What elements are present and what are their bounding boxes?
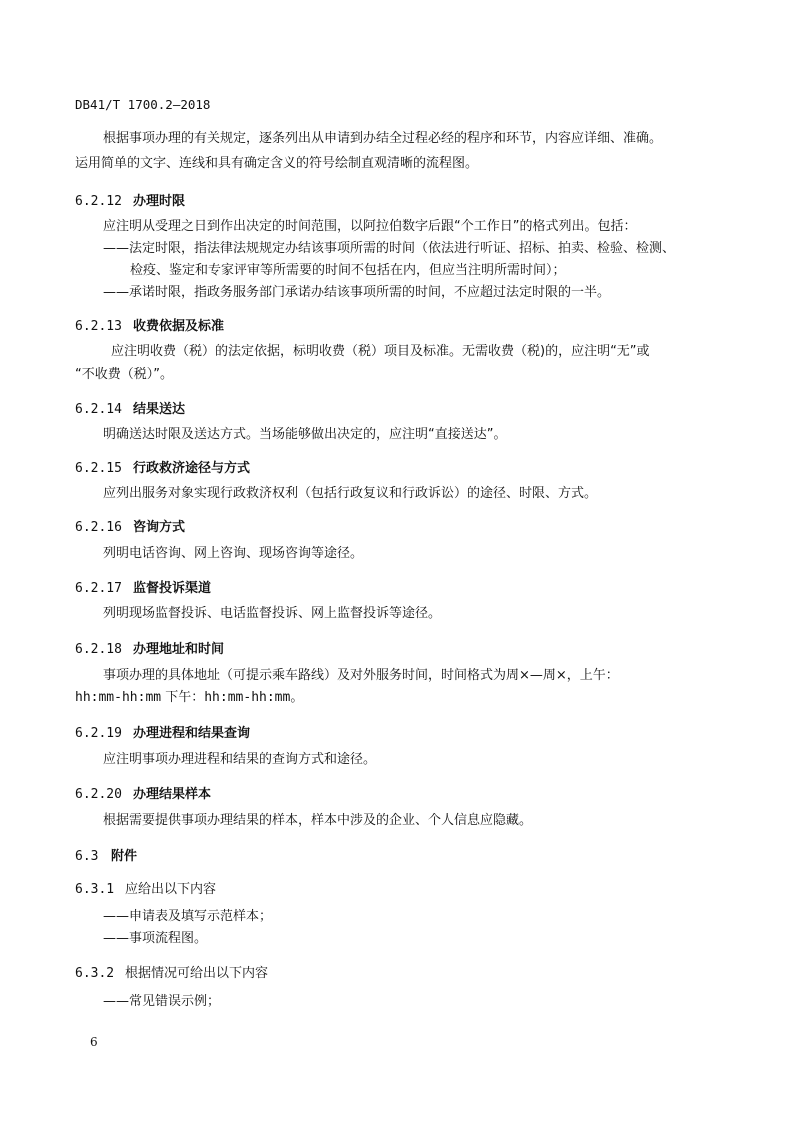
time-format-morning: hh:mm-hh:mm xyxy=(75,690,161,705)
section-heading-6-2-12: 6.2.12办理时限 xyxy=(75,190,185,209)
section-heading-6-2-19: 6.2.19办理进程和结果查询 xyxy=(75,722,250,741)
section-6-2-13-line-2: “不收费（税）”。 xyxy=(75,366,173,383)
section-6-2-13-line-1: 应注明收费（税）的法定依据，标明收费（税）项目及标准。无需收费（税)的，应注明“… xyxy=(111,343,650,360)
section-number: 6.2.17 xyxy=(75,581,133,596)
section-heading-6-3-1: 6.3.1应给出以下内容 xyxy=(75,878,216,897)
section-6-3-2-item-1: ——常见错误示例； xyxy=(103,993,220,1010)
section-title: 结果送达 xyxy=(133,402,185,417)
section-number: 6.2.15 xyxy=(75,461,133,476)
section-title: 监督投诉渠道 xyxy=(133,581,211,596)
section-title: 办理进程和结果查询 xyxy=(133,726,250,741)
section-title: 行政救济途径与方式 xyxy=(133,461,250,476)
section-6-2-12-line-1: 应注明从受理之日到作出决定的时间范围，以阿拉伯数字后跟“个工作日”的格式列出。包… xyxy=(103,218,636,235)
section-6-2-20-body: 根据需要提供事项办理结果的样本，样本中涉及的企业、个人信息应隐藏。 xyxy=(103,812,532,829)
section-number: 6.2.14 xyxy=(75,402,133,417)
section-6-2-14-body: 明确送达时限及送达方式。当场能够做出决定的，应注明“直接送达”。 xyxy=(103,426,506,443)
document-id-header: DB41/T 1700.2—2018 xyxy=(75,97,210,112)
afternoon-label: 下午： xyxy=(161,690,204,705)
section-number: 6.2.20 xyxy=(75,787,133,802)
section-6-2-19-body: 应注明事项办理进程和结果的查询方式和途径。 xyxy=(103,751,376,768)
section-heading-6-3: 6.3附件 xyxy=(75,845,137,864)
intro-paragraph-line-2: 运用简单的文字、连线和具有确定含义的符号绘制直观清晰的流程图。 xyxy=(75,155,478,172)
section-number: 6.3 xyxy=(75,849,111,864)
section-title: 办理时限 xyxy=(133,194,185,209)
section-6-3-1-item-2: ——事项流程图。 xyxy=(103,930,207,947)
section-heading-6-2-15: 6.2.15行政救济途径与方式 xyxy=(75,457,250,476)
section-number: 6.3.2 xyxy=(75,966,125,981)
section-6-2-17-body: 列明现场监督投诉、电话监督投诉、网上监督投诉等途径。 xyxy=(103,605,441,622)
page-number: 6 xyxy=(90,1035,98,1049)
section-title: 办理结果样本 xyxy=(133,787,211,802)
section-number: 6.2.19 xyxy=(75,726,133,741)
section-number: 6.2.16 xyxy=(75,520,133,535)
section-heading-6-2-17: 6.2.17监督投诉渠道 xyxy=(75,577,211,596)
section-heading-6-2-14: 6.2.14结果送达 xyxy=(75,398,185,417)
section-6-2-18-line-1: 事项办理的具体地址（可提示乘车路线）及对外服务时间，时间格式为周×—周×，上午： xyxy=(103,667,619,684)
section-6-2-12-item-1-line-2: 检疫、鉴定和专家评审等所需要的时间不包括在内，但应当注明所需时间）； xyxy=(130,262,566,279)
section-heading-6-2-13: 6.2.13收费依据及标准 xyxy=(75,315,224,334)
section-title: 附件 xyxy=(111,849,137,864)
section-heading-6-2-20: 6.2.20办理结果样本 xyxy=(75,783,211,802)
section-title: 应给出以下内容 xyxy=(125,882,216,897)
section-6-2-12-item-2: ——承诺时限，指政务服务部门承诺办结该事项所需的时间，不应超过法定时限的一半。 xyxy=(103,284,610,301)
section-number: 6.2.18 xyxy=(75,642,133,657)
section-6-2-12-item-1-line-1: ——法定时限，指法律法规规定办结该事项所需的时间（依法进行听证、招标、拍卖、检验… xyxy=(103,240,675,257)
section-6-2-15-body: 应列出服务对象实现行政救济权利（包括行政复议和行政诉讼）的途径、时限、方式。 xyxy=(103,485,597,502)
section-number: 6.2.13 xyxy=(75,319,133,334)
section-number: 6.2.12 xyxy=(75,194,133,209)
section-title: 咨询方式 xyxy=(133,520,185,535)
time-format-afternoon: hh:mm-hh:mm。 xyxy=(204,690,303,705)
section-title: 办理地址和时间 xyxy=(133,642,224,657)
section-title: 收费依据及标准 xyxy=(133,319,224,334)
intro-paragraph-line-1: 根据事项办理的有关规定，逐条列出从申请到办结全过程必经的程序和环节，内容应详细、… xyxy=(103,130,662,147)
section-6-2-16-body: 列明电话咨询、网上咨询、现场咨询等途径。 xyxy=(103,545,363,562)
section-heading-6-3-2: 6.3.2根据情况可给出以下内容 xyxy=(75,962,268,981)
section-heading-6-2-16: 6.2.16咨询方式 xyxy=(75,516,185,535)
section-heading-6-2-18: 6.2.18办理地址和时间 xyxy=(75,638,224,657)
section-6-3-1-item-1: ——申请表及填写示范样本； xyxy=(103,908,272,925)
section-title: 根据情况可给出以下内容 xyxy=(125,966,268,981)
section-6-2-18-line-2: hh:mm-hh:mm 下午：hh:mm-hh:mm。 xyxy=(75,689,303,706)
section-number: 6.3.1 xyxy=(75,882,125,897)
